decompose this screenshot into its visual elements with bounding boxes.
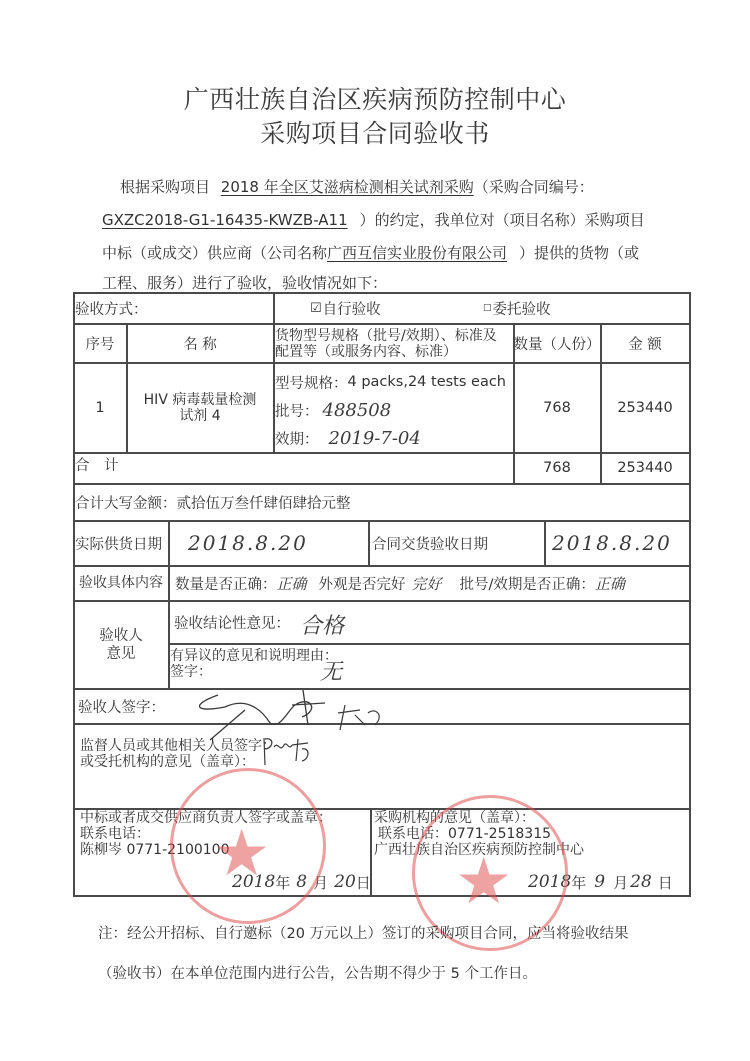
intro-text: 根据采购项目 bbox=[120, 178, 210, 196]
batch-value: 488508 bbox=[323, 400, 392, 421]
expiry-label: 效期： bbox=[275, 428, 319, 449]
supervisor-label: 监督人员或其他相关人员签字： 或受托机构的意见（盖章）： bbox=[80, 738, 276, 770]
year-char: 年 bbox=[571, 872, 586, 893]
actual-supply-date-label: 实际供货日期 bbox=[75, 521, 168, 565]
batch-label: 批号： bbox=[275, 400, 319, 421]
inspection-content-label: 验收具体内容 bbox=[74, 566, 168, 600]
intro-text: 中标（或成交）供应商（公司名称 bbox=[102, 244, 327, 262]
opinion-label-line1: 验收人 bbox=[99, 627, 143, 645]
method-self-label: 自行验收 bbox=[323, 298, 381, 319]
intro-line-2: GXZC2018-G1-16435-KWZB-A11）的约定，我单位对（项目名称… bbox=[102, 209, 645, 230]
spec-label: 型号规格： bbox=[275, 372, 348, 393]
checkbox-empty-icon[interactable]: □ bbox=[483, 303, 492, 313]
opinion-label-line2: 意见 bbox=[107, 645, 136, 663]
supplier-date-day: 20 bbox=[334, 872, 356, 892]
contract-delivery-date-label: 合同交货验收日期 bbox=[372, 521, 488, 565]
batch-correct-label: 批号/效期是否正确： bbox=[460, 573, 595, 594]
day-char: 日 bbox=[658, 872, 673, 893]
amount-in-words: 合计大写金额：贰拾伍万叁仟肆佰肆拾元整 bbox=[75, 484, 351, 520]
header-amount: 金 额 bbox=[601, 324, 689, 362]
checkbox-checked-icon[interactable]: ☑ bbox=[310, 301, 322, 316]
supplier-phone-label: 联系电话： bbox=[80, 826, 150, 842]
item-spec: 型号规格：4 packs,24 tests each bbox=[275, 372, 506, 392]
method-entrusted-label: 委托验收 bbox=[493, 298, 551, 319]
item-name-line2: 试剂 4 bbox=[179, 408, 220, 424]
supervisor-label-line1: 监督人员或其他相关人员签字： bbox=[80, 738, 276, 754]
item-no: 1 bbox=[74, 363, 126, 452]
note-line-2: （验收书）在本单位范围内进行公告，公告期不得少于 5 个工作日。 bbox=[98, 962, 537, 983]
amount-in-words-value: 贰拾伍万叁仟肆佰肆拾元整 bbox=[177, 492, 351, 513]
appearance-value: 完好 bbox=[412, 573, 454, 594]
contract-number: GXZC2018-G1-16435-KWZB-A11 bbox=[102, 211, 360, 229]
item-batch: 批号： 488508 bbox=[275, 400, 391, 420]
seal-star-icon: ★ bbox=[455, 850, 512, 914]
item-name-line1: HIV 病毒载量检测 bbox=[144, 392, 257, 408]
purchaser-date-month: 9 bbox=[594, 872, 605, 892]
project-name: 2018 年全区艾滋病检测相关试剂采购 bbox=[221, 178, 474, 196]
conclusion-label: 验收结论性意见： bbox=[174, 601, 290, 643]
header-spec-line2: 配置等（或服务内容、标准） bbox=[275, 344, 457, 360]
batch-correct-value: 正确 bbox=[595, 573, 625, 594]
conclusion-value: 合格 bbox=[300, 605, 344, 643]
amount-in-words-label: 合计大写金额： bbox=[75, 492, 177, 513]
intro-text: ）的约定，我单位对（项目名称）采购项目 bbox=[360, 211, 645, 229]
document-title: 广西壮族自治区疾病预防控制中心 bbox=[0, 80, 750, 116]
item-qty: 768 bbox=[514, 363, 600, 452]
expiry-value: 2019-7-04 bbox=[329, 428, 421, 449]
total-amount: 253440 bbox=[601, 453, 689, 483]
seal-star-icon: ★ bbox=[213, 822, 270, 886]
quantity-correct-label: 数量是否正确： bbox=[175, 573, 277, 594]
note-line-1: 注：经公开招标、自行邀标（20 万元以上）签订的采购项目合同，应当将验收结果 bbox=[98, 922, 629, 943]
supervisor-label-line2: 或受托机构的意见（盖章）： bbox=[80, 754, 255, 770]
total-qty: 768 bbox=[514, 453, 600, 483]
intro-line-1: 根据采购项目 2018 年全区艾滋病检测相关试剂采购（采购合同编号： bbox=[120, 176, 594, 197]
header-name: 名 称 bbox=[127, 324, 273, 362]
quantity-correct-value: 正确 bbox=[277, 573, 319, 594]
inspection-checks: 数量是否正确： 正确 外观是否完好 完好 批号/效期是否正确： 正确 bbox=[175, 566, 625, 600]
objection-label: 有异议的意见和说明理由： 签字： bbox=[170, 648, 338, 680]
actual-supply-date: 2018.8.20 bbox=[188, 521, 308, 565]
appearance-label: 外观是否完好 bbox=[319, 573, 406, 594]
intro-line-4: 工程、服务）进行了验收，验收情况如下： bbox=[102, 272, 387, 293]
supplier-name: 广西互信实业股份有限公司 bbox=[327, 244, 519, 262]
total-label: 合 计 bbox=[75, 453, 119, 475]
month-char: 月 bbox=[613, 872, 628, 893]
objection-value: 无 bbox=[320, 655, 342, 685]
method-self-option[interactable]: ☑ 自行验收 bbox=[310, 293, 381, 323]
item-amount: 253440 bbox=[601, 363, 689, 452]
header-spec-line1: 货物型号规格（批号/效期）、标准及 bbox=[275, 328, 497, 344]
opinion-section-label: 验收人 意见 bbox=[74, 601, 168, 688]
document-subtitle: 采购项目合同验收书 bbox=[0, 114, 750, 150]
inspector-sign-label: 验收人签字： bbox=[78, 689, 165, 723]
intro-line-3: 中标（或成交）供应商（公司名称广西互信实业股份有限公司）提供的货物（或 bbox=[102, 242, 639, 263]
purchaser-date-day: 28 bbox=[630, 872, 652, 892]
method-entrusted-option[interactable]: □ 委托验收 bbox=[483, 293, 551, 323]
contract-delivery-date: 2018.8.20 bbox=[552, 521, 672, 565]
supervisor-signature bbox=[262, 735, 362, 775]
intro-text: ）提供的货物（或 bbox=[519, 244, 639, 262]
intro-text: （采购合同编号： bbox=[474, 178, 594, 196]
acceptance-method-label: 验收方式： bbox=[75, 293, 271, 323]
objection-sign-label: 签字： bbox=[170, 664, 212, 680]
header-spec: 货物型号规格（批号/效期）、标准及 配置等（或服务内容、标准） bbox=[275, 326, 515, 362]
item-expiry: 效期： 2019-7-04 bbox=[275, 428, 421, 448]
day-char: 日 bbox=[356, 872, 371, 893]
header-qty: 数量（人份） bbox=[514, 324, 600, 362]
spec-value: 4 packs,24 tests each bbox=[348, 374, 507, 390]
item-name: HIV 病毒载量检测 试剂 4 bbox=[127, 363, 273, 452]
objection-reason-label: 有异议的意见和说明理由： bbox=[170, 648, 338, 664]
header-no: 序号 bbox=[74, 324, 126, 362]
